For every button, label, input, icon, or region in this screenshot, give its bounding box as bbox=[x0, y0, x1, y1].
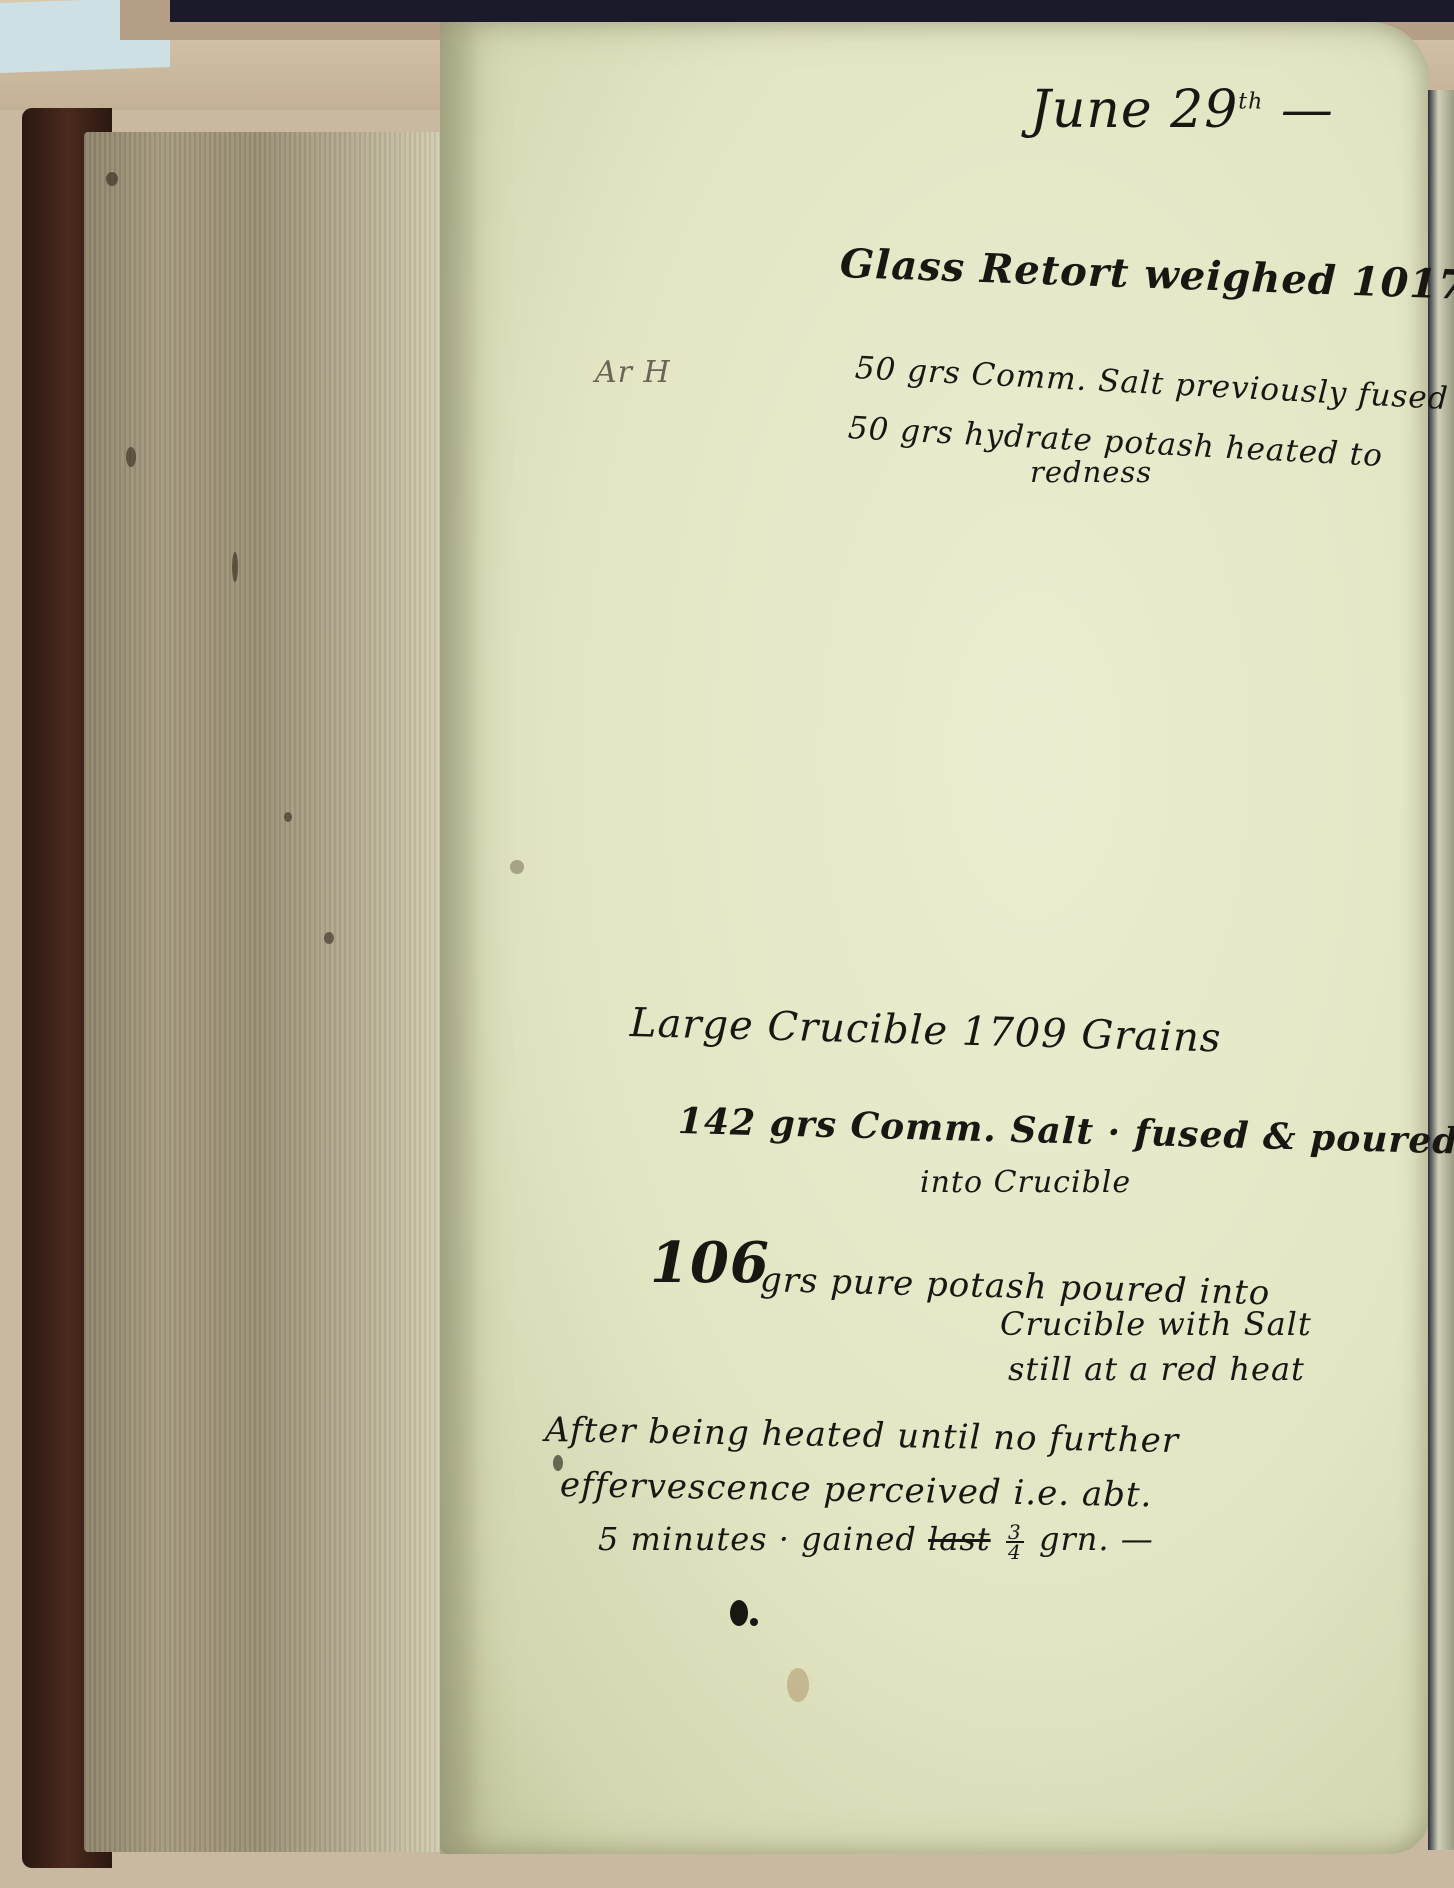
date-heading: June 29th — bbox=[1030, 80, 1334, 140]
edge-stain bbox=[324, 932, 334, 944]
fraction-denominator: 4 bbox=[1008, 1543, 1022, 1561]
struck-word: last bbox=[928, 1520, 991, 1558]
date-dash: — bbox=[1281, 80, 1334, 140]
entry-after-3b: grn. — bbox=[1039, 1520, 1154, 1558]
edge-stain bbox=[106, 172, 118, 186]
entry-salt-2-cont: into Crucible bbox=[920, 1165, 1131, 1200]
edge-stain bbox=[284, 812, 292, 822]
paper-stain bbox=[787, 1668, 809, 1702]
margin-note: Ar H bbox=[595, 355, 671, 390]
ink-blot bbox=[750, 1618, 758, 1626]
adjacent-volume-edge bbox=[1428, 90, 1454, 1850]
entry-after-3: 5 minutes · gained last 3 4 grn. — bbox=[598, 1520, 1154, 1561]
entry-potash-2-number: 106 bbox=[650, 1230, 770, 1296]
entry-potash-2-cont1: Crucible with Salt bbox=[1000, 1305, 1312, 1343]
edge-stain bbox=[126, 447, 136, 467]
page-gutter-shadow bbox=[440, 22, 480, 1854]
paper-stain bbox=[510, 860, 524, 874]
entry-after-3a: 5 minutes · gained bbox=[598, 1520, 917, 1558]
entry-potash-2-cont2: still at a red heat bbox=[1008, 1350, 1305, 1388]
fraction-numerator: 3 bbox=[1008, 1523, 1022, 1541]
date-superscript: th bbox=[1238, 90, 1263, 115]
page-edges-block bbox=[84, 132, 464, 1852]
archive-box-shadow bbox=[170, 0, 1454, 22]
ink-smudge bbox=[553, 1455, 563, 1471]
fraction-three-quarters: 3 4 bbox=[1006, 1523, 1024, 1561]
date-text: June 29 bbox=[1030, 80, 1238, 140]
ink-blot bbox=[730, 1600, 748, 1626]
entry-potash-1-cont: redness bbox=[1030, 455, 1152, 489]
edge-stain bbox=[232, 552, 238, 582]
